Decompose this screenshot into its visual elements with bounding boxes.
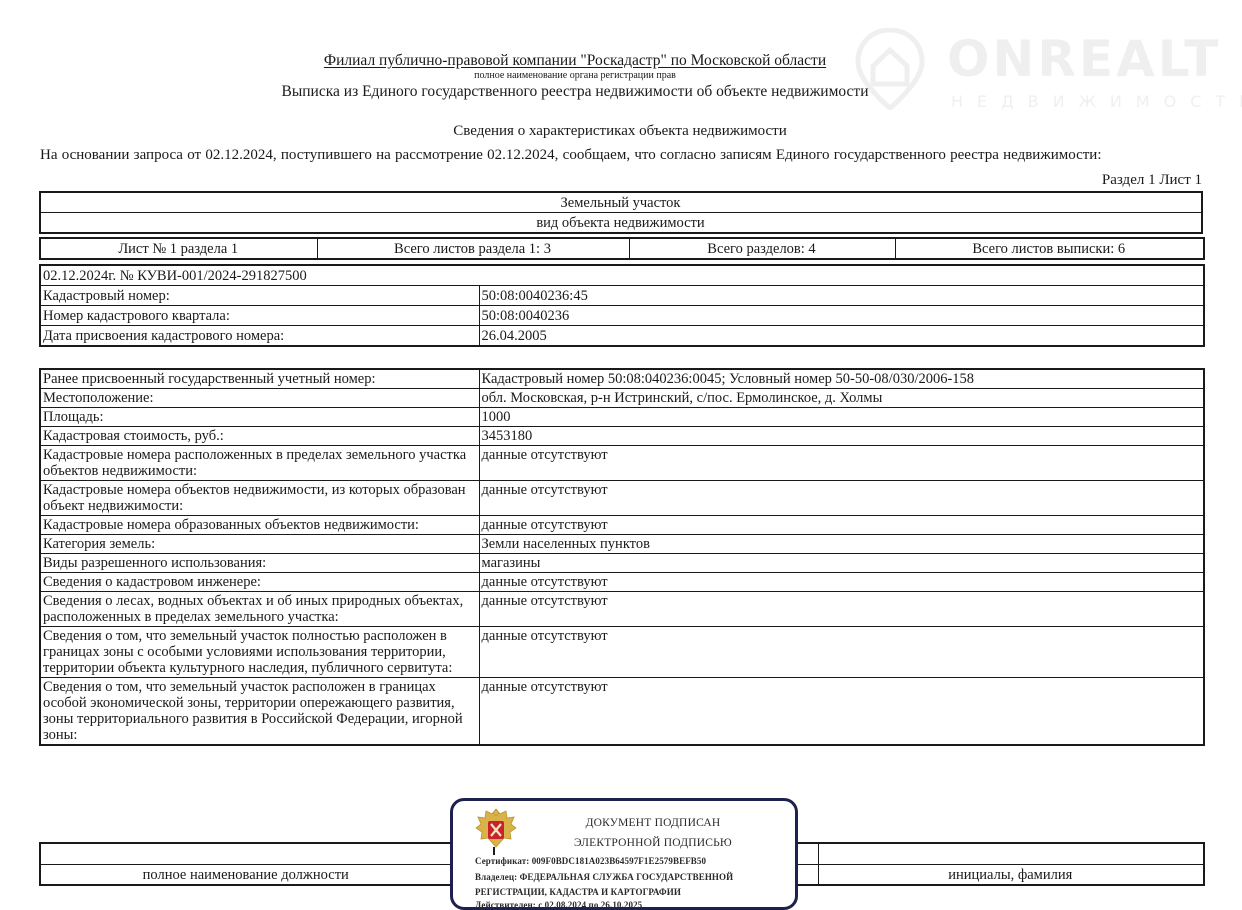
row-label: Кадастровые номера расположенных в преде… <box>40 446 479 481</box>
table-row: Виды разрешенного использования:магазины <box>40 554 1204 573</box>
row-label: Местоположение: <box>40 389 479 408</box>
section-sheets-total: Всего листов раздела 1: 3 <box>317 238 629 259</box>
row-value: 3453180 <box>479 427 1204 446</box>
row-value: Земли населенных пунктов <box>479 535 1204 554</box>
extract-sheets-total: Всего листов выписки: 6 <box>895 238 1204 259</box>
row-value: данные отсутствуют <box>479 481 1204 516</box>
table-row: Сведения о лесах, водных объектах и об и… <box>40 592 1204 627</box>
table-row: Дата присвоения кадастрового номера: 26.… <box>40 326 1204 347</box>
section-title: Сведения о характеристиках объекта недви… <box>0 123 1240 140</box>
row-value: данные отсутствуют <box>479 516 1204 535</box>
row-value: данные отсутствуют <box>479 592 1204 627</box>
request-reference: 02.12.2024г. № КУВИ-001/2024-291827500 <box>40 265 1204 286</box>
position-blank <box>40 843 452 864</box>
cadastral-number: 50:08:0040236:45 <box>479 286 1204 306</box>
table-row: Площадь:1000 <box>40 408 1204 427</box>
table-row: Кадастровый номер: 50:08:0040236:45 <box>40 286 1204 306</box>
stamp-heading-1: ДОКУМЕНТ ПОДПИСАН <box>513 817 793 829</box>
document-title: Выписка из Единого государственного реес… <box>0 83 1150 101</box>
row-value: Кадастровый номер 50:08:040236:0045; Усл… <box>479 369 1204 389</box>
table-row: Кадастровая стоимость, руб.:3453180 <box>40 427 1204 446</box>
table-row: Сведения о том, что земельный участок ра… <box>40 678 1204 746</box>
row-label: Номер кадастрового квартала: <box>40 306 479 326</box>
name-caption: инициалы, фамилия <box>818 864 1204 885</box>
row-value: данные отсутствуют <box>479 446 1204 481</box>
stamp-divider <box>493 847 495 855</box>
organization-caption: полное наименование органа регистрации п… <box>0 70 1150 81</box>
stamp-validity: Действителен: с 02.08.2024 по 26.10.2025 <box>475 900 642 910</box>
row-label: Виды разрешенного использования: <box>40 554 479 573</box>
table-row: Номер кадастрового квартала: 50:08:00402… <box>40 306 1204 326</box>
row-label: Кадастровые номера образованных объектов… <box>40 516 479 535</box>
row-value: магазины <box>479 554 1204 573</box>
row-label: Сведения о кадастровом инженере: <box>40 573 479 592</box>
table-row: Сведения о том, что земельный участок по… <box>40 627 1204 678</box>
row-value: 1000 <box>479 408 1204 427</box>
row-value: обл. Московская, р-н Истринский, с/пос. … <box>479 389 1204 408</box>
intro-text: На основании запроса от 02.12.2024, пост… <box>40 147 1102 164</box>
row-label: Кадастровый номер: <box>40 286 479 306</box>
row-label: Сведения о том, что земельный участок по… <box>40 627 479 678</box>
sheet-number: Лист № 1 раздела 1 <box>40 238 317 259</box>
stamp-heading-2: ЭЛЕКТРОННОЙ ПОДПИСЬЮ <box>513 837 793 849</box>
object-type-value: Земельный участок <box>40 192 1202 213</box>
table-row: Местоположение:обл. Московская, р-н Истр… <box>40 389 1204 408</box>
object-type-table: Земельный участок вид объекта недвижимос… <box>39 191 1203 234</box>
row-value: данные отсутствуют <box>479 627 1204 678</box>
stamp-owner-line-2: РЕГИСТРАЦИИ, КАДАСТРА И КАРТОГРАФИИ <box>475 887 681 897</box>
object-type-caption: вид объекта недвижимости <box>40 213 1202 234</box>
sheet-reference: Раздел 1 Лист 1 <box>1102 172 1202 189</box>
table-row: Категория земель:Земли населенных пункто… <box>40 535 1204 554</box>
stamp-certificate: Сертификат: 009F0BDC181A023B64597F1E2579… <box>475 856 706 866</box>
identifiers-table: 02.12.2024г. № КУВИ-001/2024-291827500 К… <box>39 264 1205 347</box>
row-label: Площадь: <box>40 408 479 427</box>
table-row: Ранее присвоенный государственный учетны… <box>40 369 1204 389</box>
sheet-info-table: Лист № 1 раздела 1 Всего листов раздела … <box>39 237 1205 260</box>
row-label: Кадастровые номера объектов недвижимости… <box>40 481 479 516</box>
row-value: данные отсутствуют <box>479 678 1204 746</box>
characteristics-table: Ранее присвоенный государственный учетны… <box>39 368 1205 746</box>
row-label: Сведения о лесах, водных объектах и об и… <box>40 592 479 627</box>
row-label: Дата присвоения кадастрового номера: <box>40 326 479 347</box>
row-label: Ранее присвоенный государственный учетны… <box>40 369 479 389</box>
organization-name: Филиал публично-правовой компании "Роска… <box>0 52 1150 70</box>
name-blank <box>818 843 1204 864</box>
row-value: данные отсутствуют <box>479 573 1204 592</box>
cadastral-quarter: 50:08:0040236 <box>479 306 1204 326</box>
table-row: Кадастровые номера образованных объектов… <box>40 516 1204 535</box>
position-caption: полное наименование должности <box>40 864 452 885</box>
electronic-signature-stamp: ДОКУМЕНТ ПОДПИСАН ЭЛЕКТРОННОЙ ПОДПИСЬЮ С… <box>450 798 798 910</box>
row-label: Кадастровая стоимость, руб.: <box>40 427 479 446</box>
row-label: Сведения о том, что земельный участок ра… <box>40 678 479 746</box>
row-label: Категория земель: <box>40 535 479 554</box>
table-row: Сведения о кадастровом инженере:данные о… <box>40 573 1204 592</box>
table-row: Кадастровые номера объектов недвижимости… <box>40 481 1204 516</box>
table-row: Кадастровые номера расположенных в преде… <box>40 446 1204 481</box>
sections-total: Всего разделов: 4 <box>629 238 895 259</box>
stamp-owner-line-1: Владелец: ФЕДЕРАЛЬНАЯ СЛУЖБА ГОСУДАРСТВЕ… <box>475 872 733 882</box>
assignment-date: 26.04.2005 <box>479 326 1204 347</box>
